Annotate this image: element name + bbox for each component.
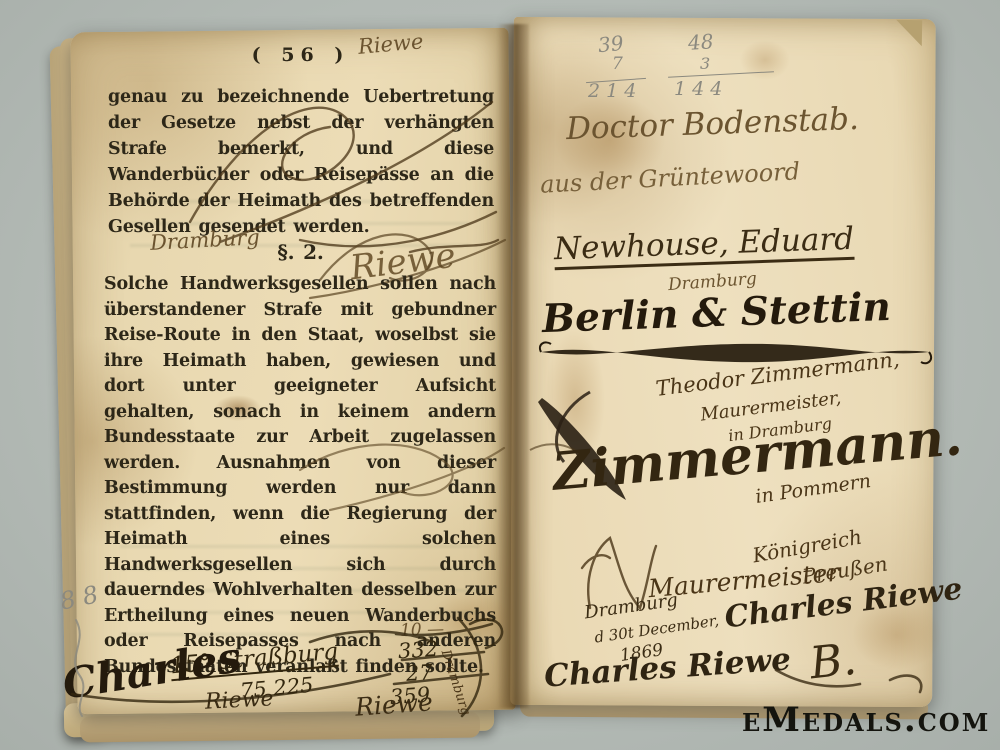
emedals-watermark: eMedals.com	[742, 700, 990, 740]
photograph-of-open-wanderbuch: Riewe ( 56 ) genau zu bezeichnende Ueber…	[0, 0, 1000, 750]
fraction-left-middle: 7	[612, 54, 623, 74]
folded-corner	[896, 20, 922, 46]
fraction-right-middle: 3	[700, 54, 710, 73]
ink-flourish	[60, 612, 500, 727]
page-number: ( 56 )	[108, 44, 493, 66]
paper-stain	[740, 40, 790, 80]
ink-flourish	[290, 428, 510, 523]
fraction-left-denominator: 2 1 4	[588, 80, 636, 102]
fraction-right-numerator: 48	[687, 29, 714, 55]
fraction-right-denominator: 1 4 4	[674, 78, 722, 100]
